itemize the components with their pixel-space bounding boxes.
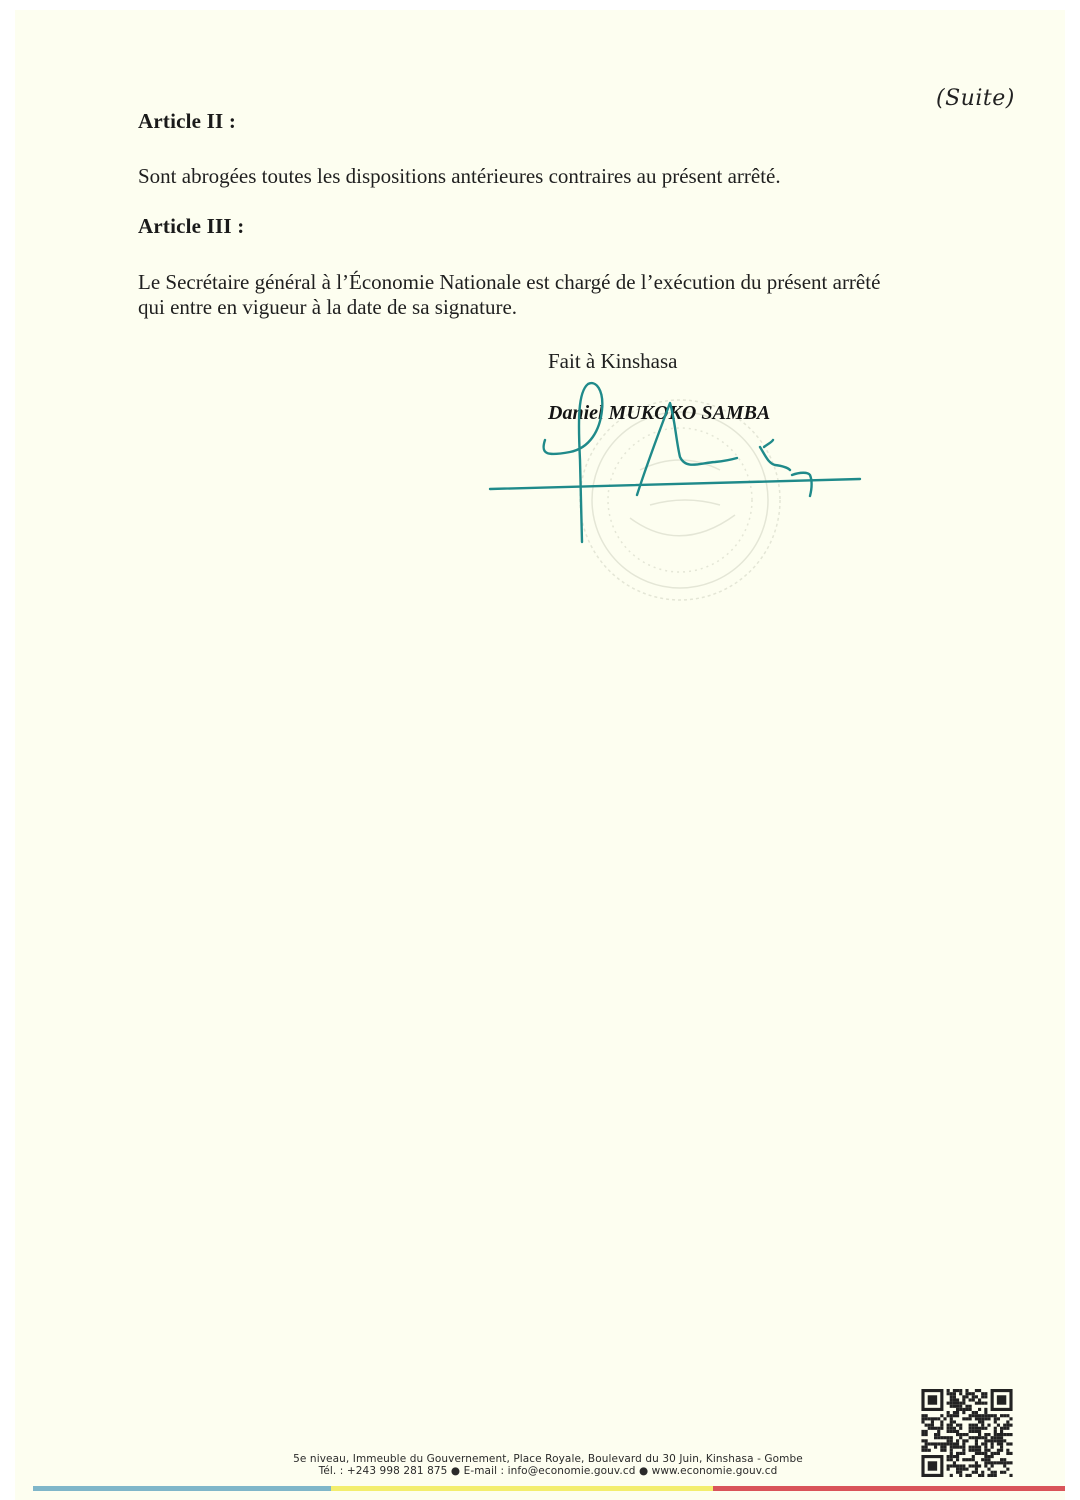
flag-stripe-red bbox=[713, 1486, 1065, 1491]
qr-code-icon[interactable] bbox=[921, 1389, 1013, 1477]
footer-address: 5e niveau, Immeuble du Gouvernement, Pla… bbox=[8, 1453, 1080, 1465]
flag-stripe-yellow bbox=[331, 1486, 713, 1491]
footer-contact: Tél. : +243 998 281 875 ● E-mail : info@… bbox=[8, 1465, 1080, 1477]
flag-stripe-blue bbox=[33, 1486, 331, 1491]
handwritten-signature bbox=[0, 0, 1080, 1500]
